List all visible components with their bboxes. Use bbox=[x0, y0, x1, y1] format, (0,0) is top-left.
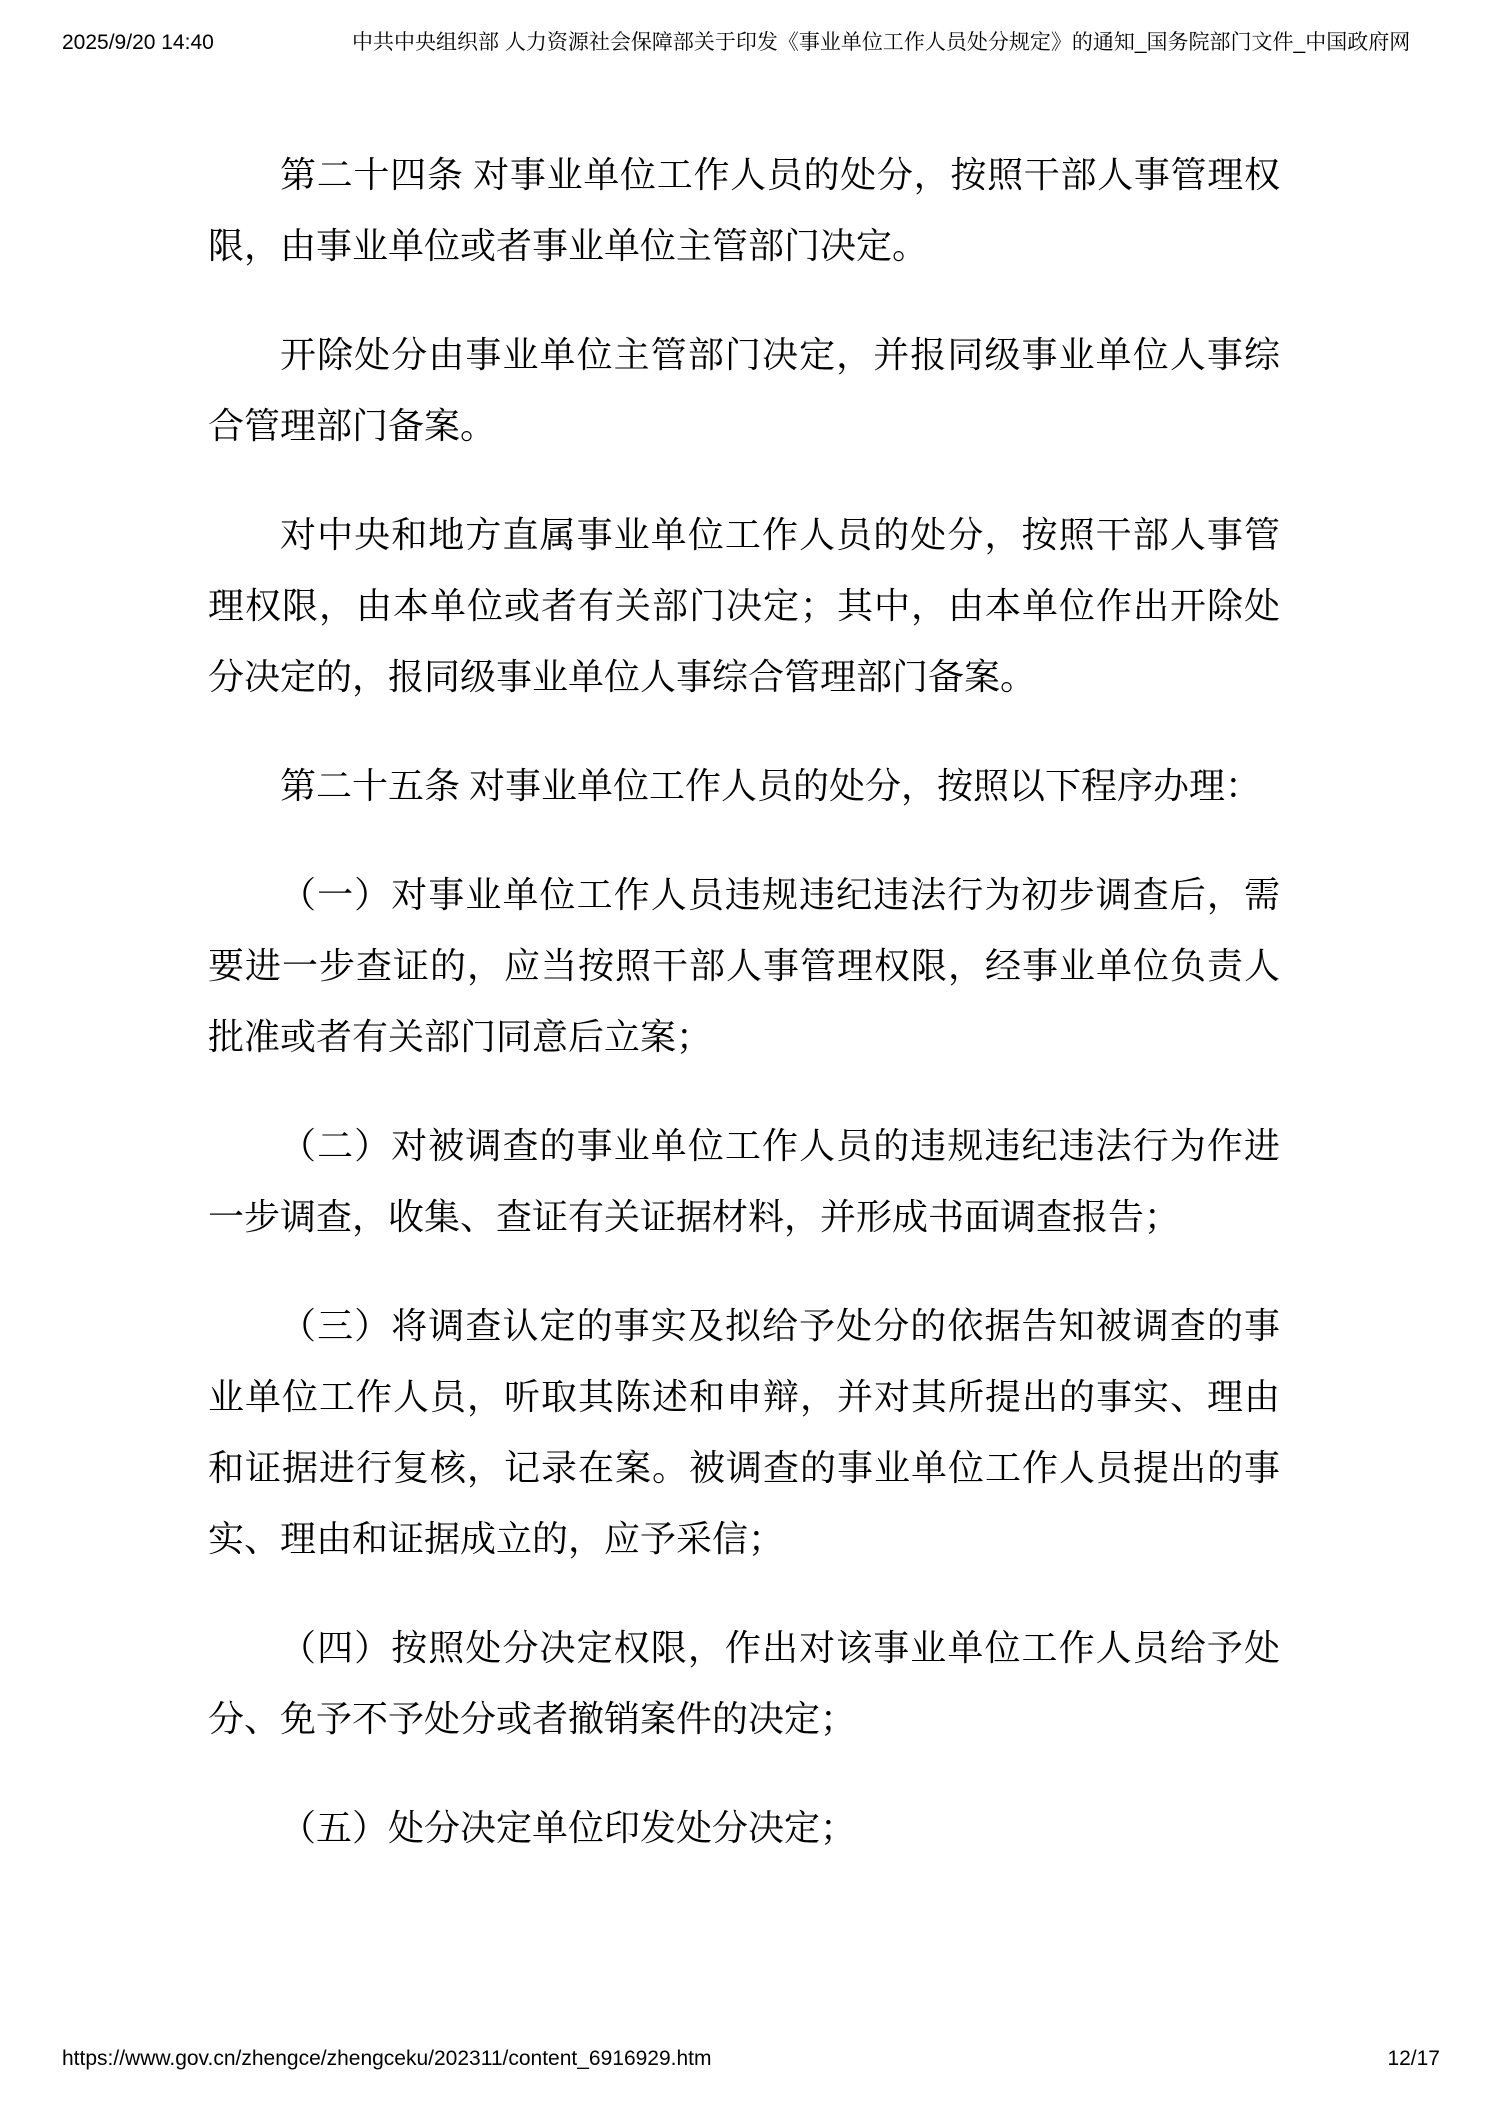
page-title: 中共中央组织部 人力资源社会保障部关于印发《事业单位工作人员处分规定》的通知_国… bbox=[352, 30, 1410, 56]
page-number: 12/17 bbox=[1387, 2046, 1440, 2072]
print-footer: https://www.gov.cn/zhengce/zhengceku/202… bbox=[0, 2046, 1488, 2076]
source-url: https://www.gov.cn/zhengce/zhengceku/202… bbox=[62, 2046, 712, 2072]
print-header: 2025/9/20 14:40 中共中央组织部 人力资源社会保障部关于印发《事业… bbox=[0, 30, 1488, 60]
printed-page: 2025/9/20 14:40 中共中央组织部 人力资源社会保障部关于印发《事业… bbox=[0, 0, 1488, 2104]
body-paragraph: 第二十四条 对事业单位工作人员的处分，按照干部人事管理权限，由事业单位或者事业单… bbox=[208, 140, 1280, 282]
body-paragraph: （四）按照处分决定权限，作出对该事业单位工作人员给予处分、免予不予处分或者撤销案… bbox=[208, 1613, 1280, 1755]
body-paragraph: （二）对被调查的事业单位工作人员的违规违纪违法行为作进一步调查，收集、查证有关证… bbox=[208, 1111, 1280, 1253]
body-paragraph: （三）将调查认定的事实及拟给予处分的依据告知被调查的事业单位工作人员，听取其陈述… bbox=[208, 1291, 1280, 1575]
body-paragraph: 第二十五条 对事业单位工作人员的处分，按照以下程序办理： bbox=[208, 751, 1280, 822]
body-paragraph: （五）处分决定单位印发处分决定； bbox=[208, 1793, 1280, 1864]
print-datetime: 2025/9/20 14:40 bbox=[62, 30, 214, 56]
document-body: 第二十四条 对事业单位工作人员的处分，按照干部人事管理权限，由事业单位或者事业单… bbox=[208, 140, 1280, 1902]
body-paragraph: 开除处分由事业单位主管部门决定，并报同级事业单位人事综合管理部门备案。 bbox=[208, 320, 1280, 462]
body-paragraph: 对中央和地方直属事业单位工作人员的处分，按照干部人事管理权限，由本单位或者有关部… bbox=[208, 500, 1280, 713]
body-paragraph: （一）对事业单位工作人员违规违纪违法行为初步调查后，需要进一步查证的，应当按照干… bbox=[208, 860, 1280, 1073]
